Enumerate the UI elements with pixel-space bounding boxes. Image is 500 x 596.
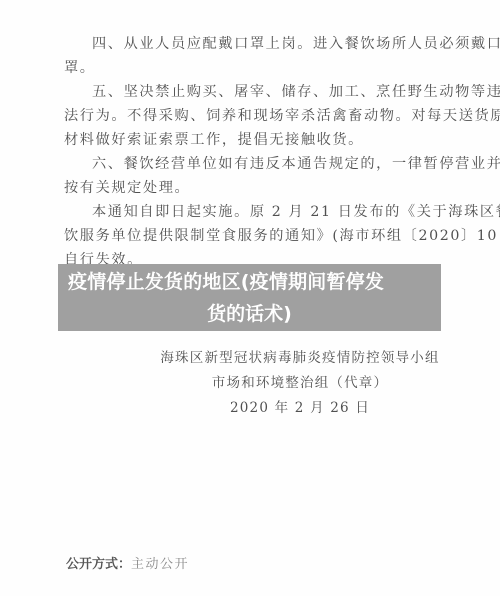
caption-line-2: 货的话术) (68, 298, 431, 330)
paragraph-line: 法行为。不得采购、饲养和现场宰杀活禽畜动物。对每天送货原 (64, 104, 448, 128)
disclosure-value: 主动公开 (131, 557, 189, 572)
caption-overlay: 疫情停止发货的地区(疫情期间暂停发 货的话术) (58, 264, 441, 331)
document-page: 四、从业人员应配戴口罩上岗。进入餐饮场所人员必须戴口 罩。 五、坚决禁止购买、屠… (0, 0, 500, 596)
paragraph-line: 六、餐饮经营单位如有违反本通告规定的，一律暂停营业并 (64, 152, 448, 176)
paragraph-line: 按有关规定处理。 (64, 176, 448, 200)
disclosure-label: 公开方式： (66, 557, 131, 572)
paragraph-line: 四、从业人员应配戴口罩上岗。进入餐饮场所人员必须戴口 (64, 32, 448, 56)
paragraph-line: 五、坚决禁止购买、屠宰、储存、加工、烹任野生动物等违 (64, 80, 448, 104)
paragraph-line: 本通知自即日起实施。原 2 月 21 日发布的《关于海珠区餐 (64, 200, 448, 224)
disclosure-footer: 公开方式：主动公开 (66, 553, 189, 572)
signature-date: 2020 年 2 月 26 日 (150, 396, 450, 416)
paragraph-line: 材料做好索证索票工作，提倡无接触收货。 (64, 128, 448, 152)
document-body: 四、从业人员应配戴口罩上岗。进入餐饮场所人员必须戴口 罩。 五、坚决禁止购买、屠… (64, 32, 448, 272)
signature-department: 市场和环境整治组（代章） (150, 371, 450, 391)
caption-line-1: 疫情停止发货的地区(疫情期间暂停发 (68, 266, 431, 298)
paragraph-line: 罩。 (64, 56, 448, 80)
paragraph-line: 饮服务单位提供限制堂食服务的通知》(海市环组〔2020〕10 号) (64, 224, 448, 248)
signature-issuer: 海珠区新型冠状病毒肺炎疫情防控领导小组 (150, 346, 450, 366)
